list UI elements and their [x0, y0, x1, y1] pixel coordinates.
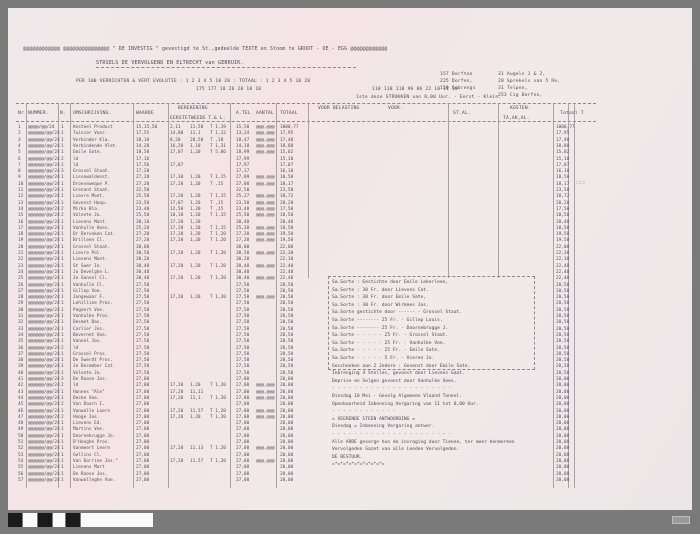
cell-code: @@@@@@/@@/24: [28, 327, 60, 332]
cell-nr: 42: [18, 383, 23, 388]
cell-code: @@@@@@/@@/24: [28, 163, 60, 168]
col-rule: [574, 103, 575, 488]
cell-nr: 30: [18, 308, 23, 313]
cell-n: 1: [61, 295, 64, 300]
cell-v2: 17,20: [170, 446, 183, 451]
scale-bar-black: [38, 513, 52, 527]
cell-v5: 27,50: [236, 327, 249, 332]
cell-nr: 52: [18, 446, 23, 451]
cell-desc: Verbindende Vlet.: [73, 144, 118, 149]
cell-n: 1: [61, 144, 64, 149]
cell-v5: 30,20: [236, 257, 249, 262]
cell-desc: Jo Develghe L.: [73, 270, 110, 275]
cell-nr: 26: [18, 283, 23, 288]
notes-line: Geschonken aan 2 Jedere : Gevonst door E…: [332, 364, 470, 369]
cell-nr: 22: [18, 257, 23, 262]
cell-v7: 18,50: [280, 175, 293, 180]
th-group-voor: VOOR.: [388, 106, 403, 111]
cell-code: @@@@@@/@@/24: [28, 308, 60, 313]
cell-v5: 27,20: [236, 238, 249, 243]
cell-total-marks: 20,00: [556, 415, 569, 420]
cell-total-marks: 22,30: [556, 251, 569, 256]
cell-v7: 20,50: [280, 308, 293, 313]
cell-v1: 27,00: [136, 409, 149, 414]
cell-v5: 27,08: [236, 182, 249, 187]
cell-v7: 22,40: [280, 276, 293, 281]
cell-v7: 17,07: [280, 163, 293, 168]
cell-v5: 27,00: [236, 402, 249, 407]
cell-v6: @@@,@@@: [256, 383, 275, 388]
cell-v2: 17,07: [170, 201, 183, 206]
cell-v1: 15,15,50: [136, 125, 157, 130]
cell-total-marks: 20,50: [556, 289, 569, 294]
cell-v5: 27,00: [236, 459, 249, 464]
cell-v2: 2,11: [170, 125, 181, 130]
cell-code: @@@@/@@/24: [28, 125, 54, 130]
cell-code: @@@@@@/@@/24: [28, 415, 60, 420]
cell-desc: Lievens Mont.: [73, 220, 107, 225]
cell-code: @@@@@@/@@/24: [28, 465, 60, 470]
cell-desc: Vanhulke Pros.: [73, 314, 110, 319]
cell-n: 1: [61, 421, 64, 426]
cell-code: @@@@@@/@@/24: [28, 371, 60, 376]
cell-v7: 15,10: [280, 157, 293, 162]
cell-total-marks: 19,50: [556, 238, 569, 243]
cell-v5: 27,00: [236, 421, 249, 426]
right-note-5: 20 Sprekels van 5 Re,: [498, 79, 560, 84]
cell-v1: 27,00: [136, 472, 149, 477]
th-tweede: TWEEDE: [188, 116, 206, 121]
cell-n: 1: [61, 364, 64, 369]
notes-line: Dinsdag 10 Mei - Gevolg Algemeen Vlaand …: [332, 394, 462, 399]
cell-nr: 2: [18, 131, 21, 136]
cell-code: @@@@@@/@@/24: [28, 270, 60, 275]
notes-line: Alle ARDE gesorge hun de invraging door …: [332, 440, 515, 445]
scale-bar-white-long: [81, 513, 153, 527]
title-underline: [96, 67, 356, 68]
cell-n: 1: [61, 238, 64, 243]
cell-v5: 27,50: [236, 314, 249, 319]
cell-v1: 27,00: [136, 390, 149, 395]
cell-v1: 27,20: [136, 238, 149, 243]
cell-nr: 6: [18, 157, 21, 162]
cell-nr: 44: [18, 396, 23, 401]
cell-total-marks: 18,72: [556, 194, 569, 199]
cell-nr: 3: [18, 138, 21, 143]
cell-v3: 1,20: [190, 201, 201, 206]
col-rule: [498, 103, 499, 278]
cell-desc: Vanmeert Leere: [73, 446, 110, 451]
th-group-belasting: VOOR BELASTING: [318, 106, 360, 111]
cell-v6: @@@,@@@: [256, 226, 275, 231]
notes-line: = VEERENDE STEEN ANTWOORDING =: [332, 417, 415, 422]
notes-line: - - - - - - - - - - - - - - - - - - - - …: [332, 432, 451, 437]
archive-tag: [672, 516, 690, 524]
cell-desc: Desmet Bas.: [73, 320, 102, 325]
cell-total-marks: 20,50: [556, 346, 569, 351]
cell-v3: 1,20: [190, 207, 201, 212]
cell-desc: ld: [73, 163, 78, 168]
cell-v1: 27,50: [136, 283, 149, 288]
cell-nr: 9: [18, 175, 21, 180]
cell-v2: 17,30: [170, 175, 183, 180]
cell-nr: 11: [18, 188, 23, 193]
cell-desc: Grossel Staat.: [73, 245, 110, 250]
cell-v7: 20,00: [280, 478, 293, 483]
cell-v1: 27,00: [136, 383, 149, 388]
cell-code: @@@@@@/@@/24: [28, 131, 60, 136]
cell-nr: 13: [18, 201, 23, 206]
cell-n: 1: [61, 396, 64, 401]
cell-v6: @@@,@@@: [256, 446, 275, 451]
cell-n: 1: [61, 182, 64, 187]
cell-v5: 27,00: [236, 446, 249, 451]
cell-v4: T 1,20: [210, 459, 226, 464]
cell-v1: 30,20: [136, 257, 149, 262]
cell-v7: 20,50: [280, 364, 293, 369]
cell-v7: 1000,77: [280, 125, 299, 130]
cell-nr: 18: [18, 232, 23, 237]
cell-v2: 17,20: [170, 232, 183, 237]
col-rule: [168, 103, 169, 488]
cell-nr: 35: [18, 339, 23, 344]
cell-v1: 14,20: [136, 144, 149, 149]
cell-v1: 27,00: [136, 465, 149, 470]
cell-v7: 18,50: [280, 226, 293, 231]
cell-nr: 56: [18, 472, 23, 477]
cell-code: @@@@@@/@@/24: [28, 434, 60, 439]
cell-v7: 20,20: [280, 201, 293, 206]
cell-n: 1: [61, 276, 64, 281]
cell-nr: 33: [18, 327, 23, 332]
cell-v5: 27,50: [236, 283, 249, 288]
cell-v1: 27,20: [136, 232, 149, 237]
cell-nr: 48: [18, 421, 23, 426]
cell-code: @@@@@@/@@/24: [28, 157, 60, 162]
cell-v7: 22,00: [280, 245, 293, 250]
cell-v5: 30,40: [236, 220, 249, 225]
cell-n: 1: [61, 175, 64, 180]
cell-nr: 45: [18, 402, 23, 407]
cell-v6: @@@,@@@: [256, 251, 275, 256]
cell-code: @@@@@@/@@/24: [28, 320, 60, 325]
cell-v1: 18,10: [136, 138, 149, 143]
cell-v7: 20,00: [280, 383, 293, 388]
cell-v1: 25,50: [136, 194, 149, 199]
col-rule: [308, 103, 309, 278]
cell-total-marks: 17,40: [556, 138, 569, 143]
cell-v5: 27,50: [236, 333, 249, 338]
cell-n: 1: [61, 459, 64, 464]
cell-v4: T 1,20: [210, 232, 226, 237]
cell-v5: 27,00: [236, 478, 249, 483]
cell-v7: 20,50: [280, 320, 293, 325]
cell-v4: T 1,20: [210, 409, 226, 414]
col-rule: [230, 103, 231, 488]
cell-nr: 19: [18, 238, 23, 243]
cell-desc: Lievre Mont.: [73, 194, 105, 199]
cell-n: 1: [61, 333, 64, 338]
cell-nr: 40: [18, 371, 23, 376]
cell-desc: Jo December Cat.: [73, 364, 115, 369]
cell-desc: Droeveweque P.: [73, 182, 110, 187]
cell-v7: 20,50: [280, 358, 293, 363]
cell-n: 1: [61, 201, 64, 206]
cell-v1: 27,50: [136, 295, 149, 300]
cell-v3: 11,13: [190, 446, 203, 451]
cell-v2: 17,20: [170, 238, 183, 243]
cell-v5: 13,24: [236, 131, 249, 136]
cell-n: 1: [61, 320, 64, 325]
side-notes: ⁚⁚⁚⁚⁚⁚⁚: [576, 180, 585, 185]
col-rule: [276, 103, 277, 488]
cell-v7: 20,00: [280, 434, 293, 439]
cell-v1: 18,50: [136, 150, 149, 155]
cell-code: @@@@@@/@@/24: [28, 377, 60, 382]
cell-code: @@@@@@/@@/24: [28, 188, 60, 193]
notes-line: Vervolgeden Gazet van alle Leeden Vervol…: [332, 447, 459, 452]
cell-total-marks: 20,50: [556, 295, 569, 300]
cell-v6: @@@,@@@: [256, 238, 275, 243]
cell-desc: Dr Derveken Cat.: [73, 232, 115, 237]
right-note-1: 157 Dorften: [440, 72, 473, 77]
cell-v4: T 1,20: [210, 238, 226, 243]
scanned-document: @@@@@@@@@@@@ @@@@@@@@@@@@@@@ " DE INVEST…: [8, 8, 692, 510]
cell-v5: 27,00: [236, 440, 249, 445]
cell-total-marks: 19,50: [556, 232, 569, 237]
cell-v3: 1,20: [190, 232, 201, 237]
cell-n: 1: [61, 472, 64, 477]
th-omschrijving: OMSCHRIJVING.: [73, 111, 112, 116]
cell-total-marks: 18,88: [556, 144, 569, 149]
cell-desc: Grossel Staat.: [73, 169, 110, 174]
cell-v1: 27,20: [136, 182, 149, 187]
cell-v3: 11,11: [190, 390, 203, 395]
cell-code: @@@@@@/@@/24: [28, 446, 60, 451]
cell-nr: 53: [18, 453, 23, 458]
cell-v4: T 1,15: [210, 194, 226, 199]
cell-v5: 27,00: [236, 390, 249, 395]
cell-v5: 27,00: [236, 453, 249, 458]
cell-v3: 20,50: [190, 138, 203, 143]
cell-v7: 20,00: [280, 427, 293, 432]
cell-v7: 17,40: [280, 138, 293, 143]
th-eerste: EERSTE: [170, 116, 188, 121]
notes-line: Sa.Sorte gestichte door ------ - Grossel…: [332, 310, 462, 315]
cell-v1: 27,50: [136, 346, 149, 351]
th-n: N.: [60, 111, 66, 116]
cell-v5: 27,20: [236, 232, 249, 237]
cell-n: 1: [61, 138, 64, 143]
cell-nr: 38: [18, 358, 23, 363]
th-waarde: WAARDE: [136, 111, 154, 116]
cell-desc: Lievre Pol.: [73, 251, 102, 256]
cell-v2: 17,20: [170, 182, 183, 187]
cell-n: 1: [61, 371, 64, 376]
cell-v6: @@@,@@@: [256, 182, 275, 187]
cell-code: @@@@@@/@@/24: [28, 358, 60, 363]
cell-code: @@@@@@/@@/24: [28, 169, 60, 174]
cell-nr: 57: [18, 478, 23, 483]
cell-nr: 32: [18, 320, 23, 325]
cell-n: 1: [61, 358, 64, 363]
cell-v7: 20,00: [280, 421, 293, 426]
cell-nr: 55: [18, 465, 23, 470]
cell-v6: @@@,@@@: [256, 213, 275, 218]
cell-v7: 20,50: [280, 339, 293, 344]
cell-total-marks: 20,00: [556, 409, 569, 414]
cell-v1: 27,50: [136, 301, 149, 306]
header-line-1: @@@@@@@@@@@@ @@@@@@@@@@@@@@@ " DE INVEST…: [23, 47, 387, 52]
cell-v5: 27,50: [236, 308, 249, 313]
notes-line: Sa.Sorte - - - - - 25 Fr. - Grossel Staa…: [332, 333, 448, 338]
cell-v1: 27,50: [136, 327, 149, 332]
cell-v6: @@@,@@@: [256, 144, 275, 149]
notes-line: Sa.Sorte - - - - - 25 Fr. - Emile Sate.: [332, 348, 440, 353]
cell-n: 1: [61, 440, 64, 445]
cell-code: @@@@@@/@@/24: [28, 232, 60, 237]
scale-bar-white: [53, 513, 65, 527]
cell-v5: 27,50: [236, 289, 249, 294]
cell-code: @@@@@@/@@/24: [28, 245, 60, 250]
cell-v3: 1,20: [190, 226, 201, 231]
cell-v5: 27,09: [236, 175, 249, 180]
cell-v4: T 1,20: [210, 276, 226, 281]
cell-n: 1: [61, 314, 64, 319]
cell-v1: 27,00: [136, 434, 149, 439]
cell-v7: 15,02: [280, 150, 293, 155]
notes-line: Deprise en Selgen gevonst door Vanhulke …: [332, 379, 456, 384]
cell-total-marks: 20,00: [556, 472, 569, 477]
cell-n: 2: [61, 163, 64, 168]
cell-v4: T 1,31: [210, 144, 226, 149]
cell-n: 1: [61, 270, 64, 275]
cell-v5: 25,50: [236, 213, 249, 218]
cell-n: 1: [61, 251, 64, 256]
cell-desc: Vanwalle Laere: [73, 409, 110, 414]
cell-n: 2: [61, 157, 64, 162]
cell-total-marks: 20,00: [556, 434, 569, 439]
cell-v5: 27,00: [236, 377, 249, 382]
cell-v2: 17,20: [170, 409, 183, 414]
cell-v7: 17,50: [280, 207, 293, 212]
cell-v7: 22,10: [280, 257, 293, 262]
cell-desc: ld: [73, 157, 78, 162]
th-kosten: KOSTEN.: [510, 106, 531, 111]
notes-line: Sa.Sorte - - - - - 5 Fr. - Vieren Jo.: [332, 356, 434, 361]
cell-v6: @@@,@@@: [256, 415, 275, 420]
cell-v1: 27,50: [136, 358, 149, 363]
cell-v3: 1,20: [190, 415, 201, 420]
cell-v7: 16,10: [280, 169, 293, 174]
cell-nr: 7: [18, 163, 21, 168]
cell-n: 1: [61, 264, 64, 269]
col-rule: [553, 103, 554, 488]
notes-line: =*=*=*=*=*=*=*=*=*=: [332, 462, 385, 467]
cell-n: 1: [61, 125, 64, 130]
right-note-7: 253 Cig Dorfen,: [498, 93, 543, 98]
cell-desc: Van Dorrine Jos.": [73, 459, 118, 464]
cell-v7: 20,00: [280, 453, 293, 458]
cell-v3: 11,1: [190, 396, 201, 401]
cell-total-marks: 17,50: [556, 207, 569, 212]
cell-desc: Vanwalleghe Voe.: [73, 478, 115, 483]
cell-total-marks: 20,00: [556, 396, 569, 401]
cell-total-marks: 22,40: [556, 276, 569, 281]
cell-v7: 20,50: [280, 314, 293, 319]
cell-desc: Lievens Mont.: [73, 257, 107, 262]
cell-v2: 17,20: [170, 220, 183, 225]
cell-v7: 19,50: [280, 238, 293, 243]
cell-v3: 1,20: [190, 175, 201, 180]
cell-desc: Kesteel Product: [73, 125, 113, 130]
cell-desc: Gillep Voe.: [73, 289, 102, 294]
cell-v6: @@@,@@@: [256, 175, 275, 180]
cell-v3: 1,20: [190, 295, 201, 300]
cell-nr: 49: [18, 427, 23, 432]
cell-nr: 43: [18, 390, 23, 395]
cell-total-marks: 20,50: [556, 364, 569, 369]
table-top-rule: [16, 103, 596, 104]
cell-v5: 27,50: [236, 346, 249, 351]
cell-nr: 34: [18, 333, 23, 338]
cell-nr: 51: [18, 440, 23, 445]
notes-line: Sa.Sorte -------- 25 Fr. - Gillep Louis.: [332, 318, 443, 323]
cell-v1: 27,00: [136, 478, 149, 483]
cell-v5: 17,17: [236, 169, 249, 174]
cell-desc: Lievens Mart: [73, 465, 105, 470]
cell-code: @@@@@@/@@/24: [28, 402, 60, 407]
cell-desc: Lehilliee Pros.: [73, 301, 113, 306]
cell-v6: @@@,@@@: [256, 138, 275, 143]
cell-code: @@@@@@/@@/24: [28, 427, 60, 432]
cell-code: @@@@@@/@@/24: [28, 352, 60, 357]
table-header-rule: [16, 121, 596, 122]
cell-desc: Pagaert Voe.: [73, 308, 105, 313]
cell-v1: 17,55: [136, 131, 149, 136]
cell-desc: Doornebrugge Jo.: [73, 434, 115, 439]
cell-v4: T 1,20: [210, 446, 226, 451]
cell-nr: 36: [18, 346, 23, 351]
cell-n: 1: [61, 409, 64, 414]
cell-v1: 27,00: [136, 446, 149, 451]
cell-desc: Emile Sate.: [73, 150, 102, 155]
cell-v3: 1,10: [190, 144, 201, 149]
cell-code: @@@@@@/@@/24: [28, 301, 60, 306]
cell-total-marks: 20,00: [556, 427, 569, 432]
cell-v2: 17,07: [170, 163, 183, 168]
cell-v6: @@@,@@@: [256, 295, 275, 300]
cell-code: @@@@@@/@@/24: [28, 283, 60, 288]
cell-v3: 1,20: [190, 238, 201, 243]
cell-desc: ld: [73, 346, 78, 351]
cell-v3: 11,1: [190, 131, 201, 136]
header-title: STRSELS DE VERVOLGEND EN ELTRECHT van GE…: [96, 60, 244, 66]
cell-v4: T ,15: [210, 207, 223, 212]
cell-total-marks: 20,00: [556, 402, 569, 407]
notes-line: Sa.Sorte : 30 Fr. door Emile Sate,: [332, 295, 426, 300]
cell-v5: 14,18: [236, 144, 249, 149]
cell-code: @@@@@@/@@/24: [28, 276, 60, 281]
cell-v6: @@@,@@@: [256, 396, 275, 401]
cell-v3: 1,20: [190, 150, 201, 155]
cell-n: 1: [61, 232, 64, 237]
cell-total-marks: 18,50: [556, 213, 569, 218]
cell-v5: 27,50: [236, 301, 249, 306]
cell-v1: 27,00: [136, 440, 149, 445]
cell-v6: @@@,@@@: [256, 194, 275, 199]
cell-code: @@@@@@/@@/24: [28, 333, 60, 338]
